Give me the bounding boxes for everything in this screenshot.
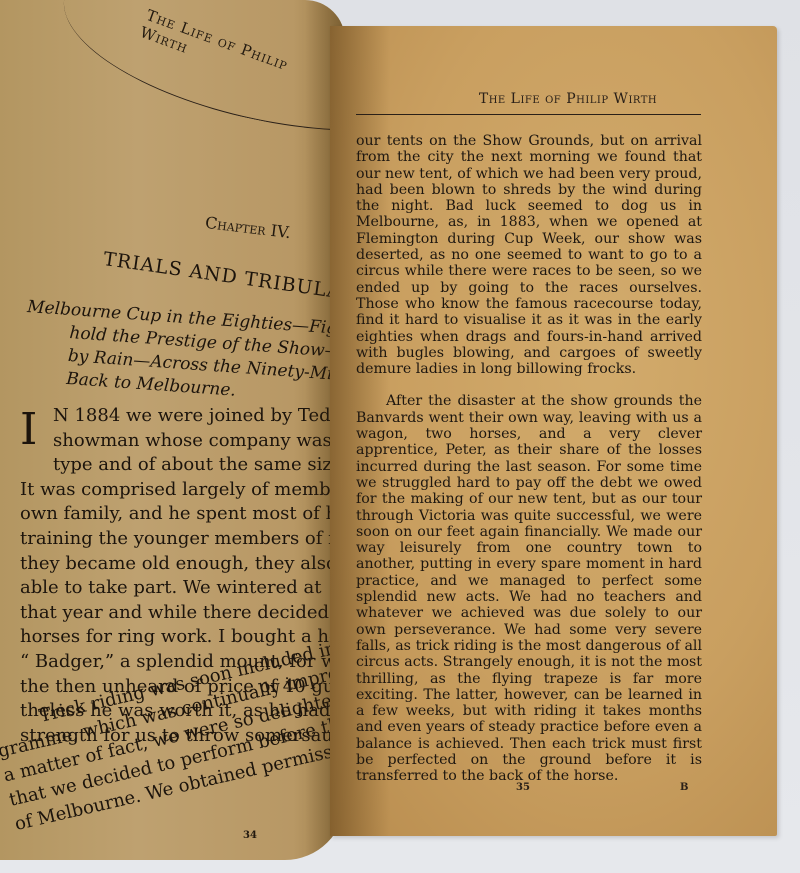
left-page-number: 34 [243,830,257,841]
text-line: It was comprised largely of members [20,478,345,503]
text-line: N 1884 we were joined by Ted Banvard, a [20,404,345,429]
right-paragraph-2: After the disaster at the show grounds t… [356,393,702,784]
right-paragraph-1: our tents on the Show Grounds, but on ar… [356,133,702,377]
running-head-rule [356,114,701,115]
text-line: own family, and he spent most of his spa… [20,502,345,527]
right-page-number: 35 [516,782,530,793]
text-line: that year and while there decided to tra… [20,601,345,626]
right-page: The Life of Philip Wirth our tents on th… [330,26,777,836]
text-line: they became old enough, they also were [20,552,345,577]
left-page: The Life of Philip Wirth Chapter IV. TRI… [0,0,345,860]
text-line: training the younger members of it, so t… [20,527,345,552]
chapter-label: Chapter IV. [204,213,292,242]
signature-mark: B [680,782,688,793]
chapter-synopsis: Melbourne Cup in the Eighties—Fighting h… [22,296,345,411]
right-body-text: our tents on the Show Grounds, but on ar… [356,133,702,785]
text-line: showman whose company was of the [20,429,345,454]
right-running-head: The Life of Philip Wirth [418,91,718,107]
text-line: able to take part. We wintered at [20,576,345,601]
text-line: type and of about the same size as ours. [20,453,345,478]
